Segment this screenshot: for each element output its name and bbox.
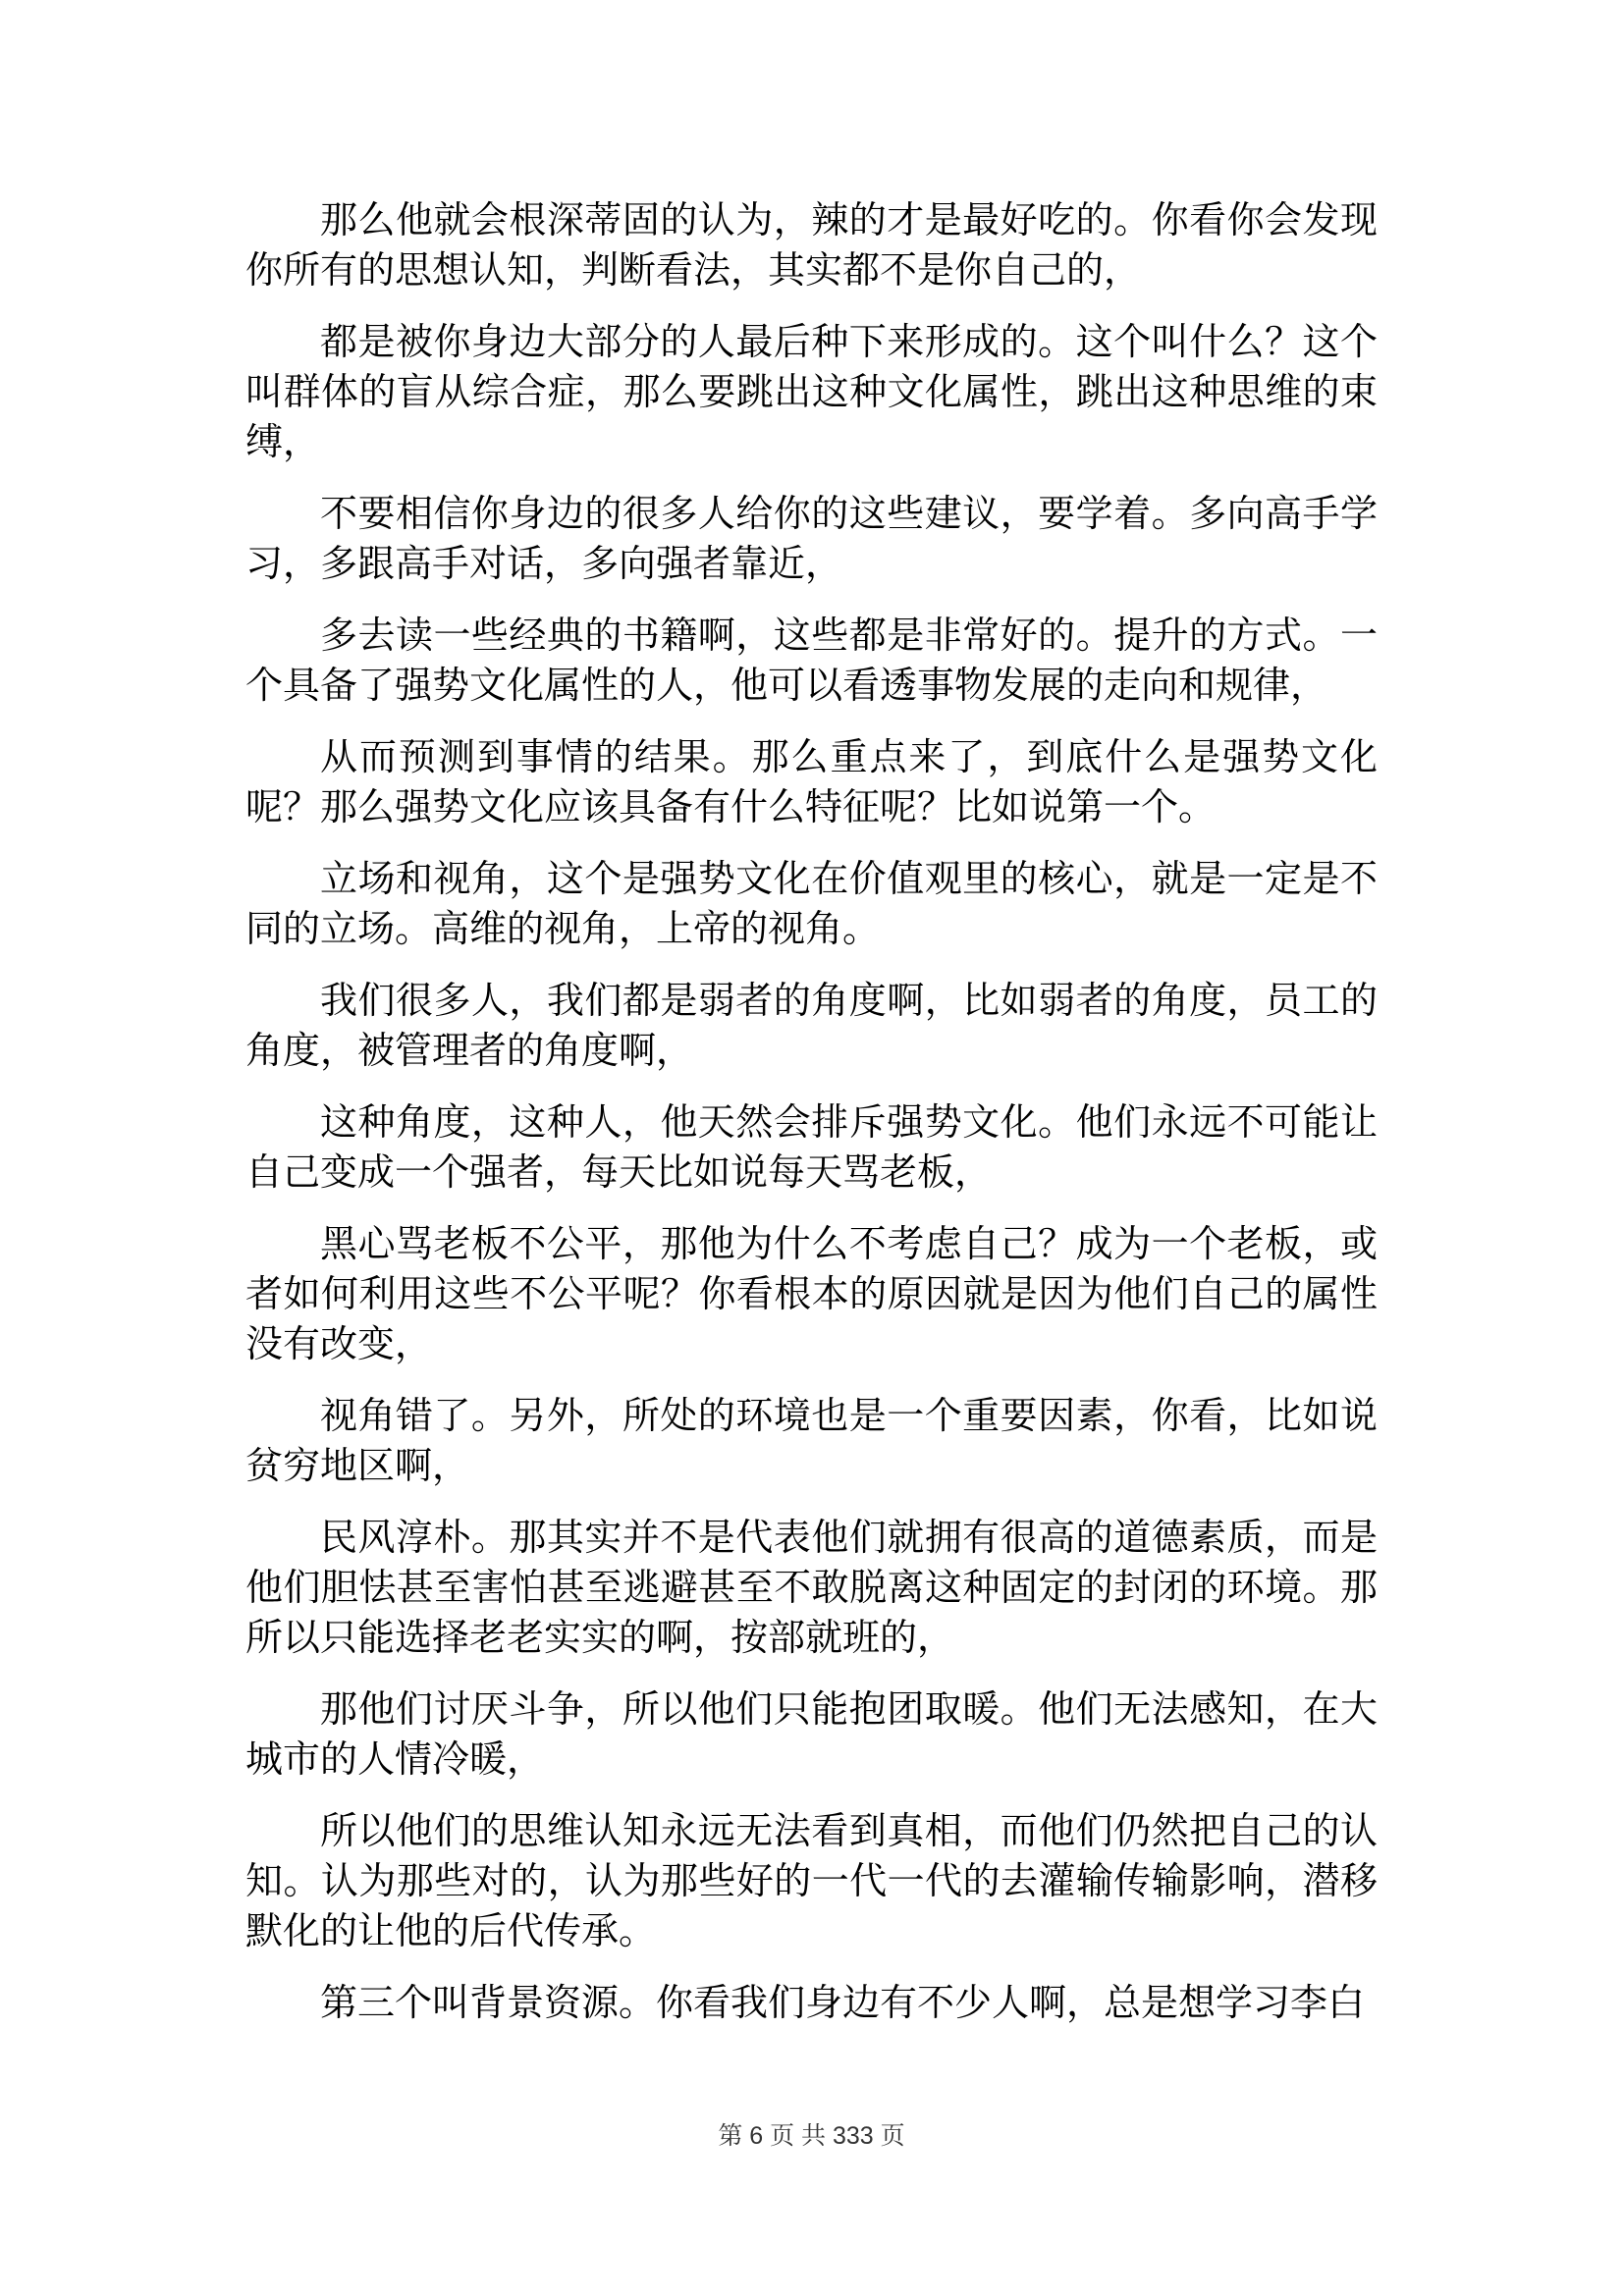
paragraph: 这种角度，这种人，他天然会排斥强势文化。他们永远不可能让自己变成一个强者，每天比… — [245, 1098, 1378, 1199]
paragraph: 那么他就会根深蒂固的认为，辣的才是最好吃的。你看你会发现你所有的思想认知，判断看… — [245, 196, 1378, 296]
paragraph: 所以他们的思维认知永远无法看到真相，而他们仍然把自己的认知。认为那些对的，认为那… — [245, 1807, 1378, 1957]
document-body: 那么他就会根深蒂固的认为，辣的才是最好吃的。你看你会发现你所有的思想认知，判断看… — [245, 196, 1378, 2051]
paragraph: 那他们讨厌斗争，所以他们只能抱团取暖。他们无法感知，在大城市的人情冷暖， — [245, 1685, 1378, 1786]
paragraph: 我们很多人，我们都是弱者的角度啊，比如弱者的角度，员工的角度，被管理者的角度啊， — [245, 977, 1378, 1077]
paragraph: 不要相信你身边的很多人给你的这些建议，要学着。多向高手学习，多跟高手对话，多向强… — [245, 490, 1378, 590]
paragraph: 立场和视角，这个是强势文化在价值观里的核心，就是一定是不同的立场。高维的视角，上… — [245, 855, 1378, 955]
page-number-footer: 第 6 页 共 333 页 — [0, 2118, 1623, 2154]
paragraph: 第三个叫背景资源。你看我们身边有不少人啊，总是想学习李白 — [245, 1979, 1378, 2029]
paragraph: 民风淳朴。那其实并不是代表他们就拥有很高的道德素质，而是他们胆怯甚至害怕甚至逃避… — [245, 1514, 1378, 1664]
paragraph: 从而预测到事情的结果。那么重点来了，到底什么是强势文化呢？那么强势文化应该具备有… — [245, 733, 1378, 833]
paragraph: 都是被你身边大部分的人最后种下来形成的。这个叫什么？这个叫群体的盲从综合症，那么… — [245, 318, 1378, 468]
paragraph: 视角错了。另外，所处的环境也是一个重要因素，你看，比如说贫穷地区啊， — [245, 1392, 1378, 1492]
paragraph: 黑心骂老板不公平，那他为什么不考虑自己？成为一个老板，或者如何利用这些不公平呢？… — [245, 1220, 1378, 1370]
paragraph: 多去读一些经典的书籍啊，这些都是非常好的。提升的方式。一个具备了强势文化属性的人… — [245, 612, 1378, 712]
document-page: 那么他就会根深蒂固的认为，辣的才是最好吃的。你看你会发现你所有的思想认知，判断看… — [0, 0, 1623, 2296]
